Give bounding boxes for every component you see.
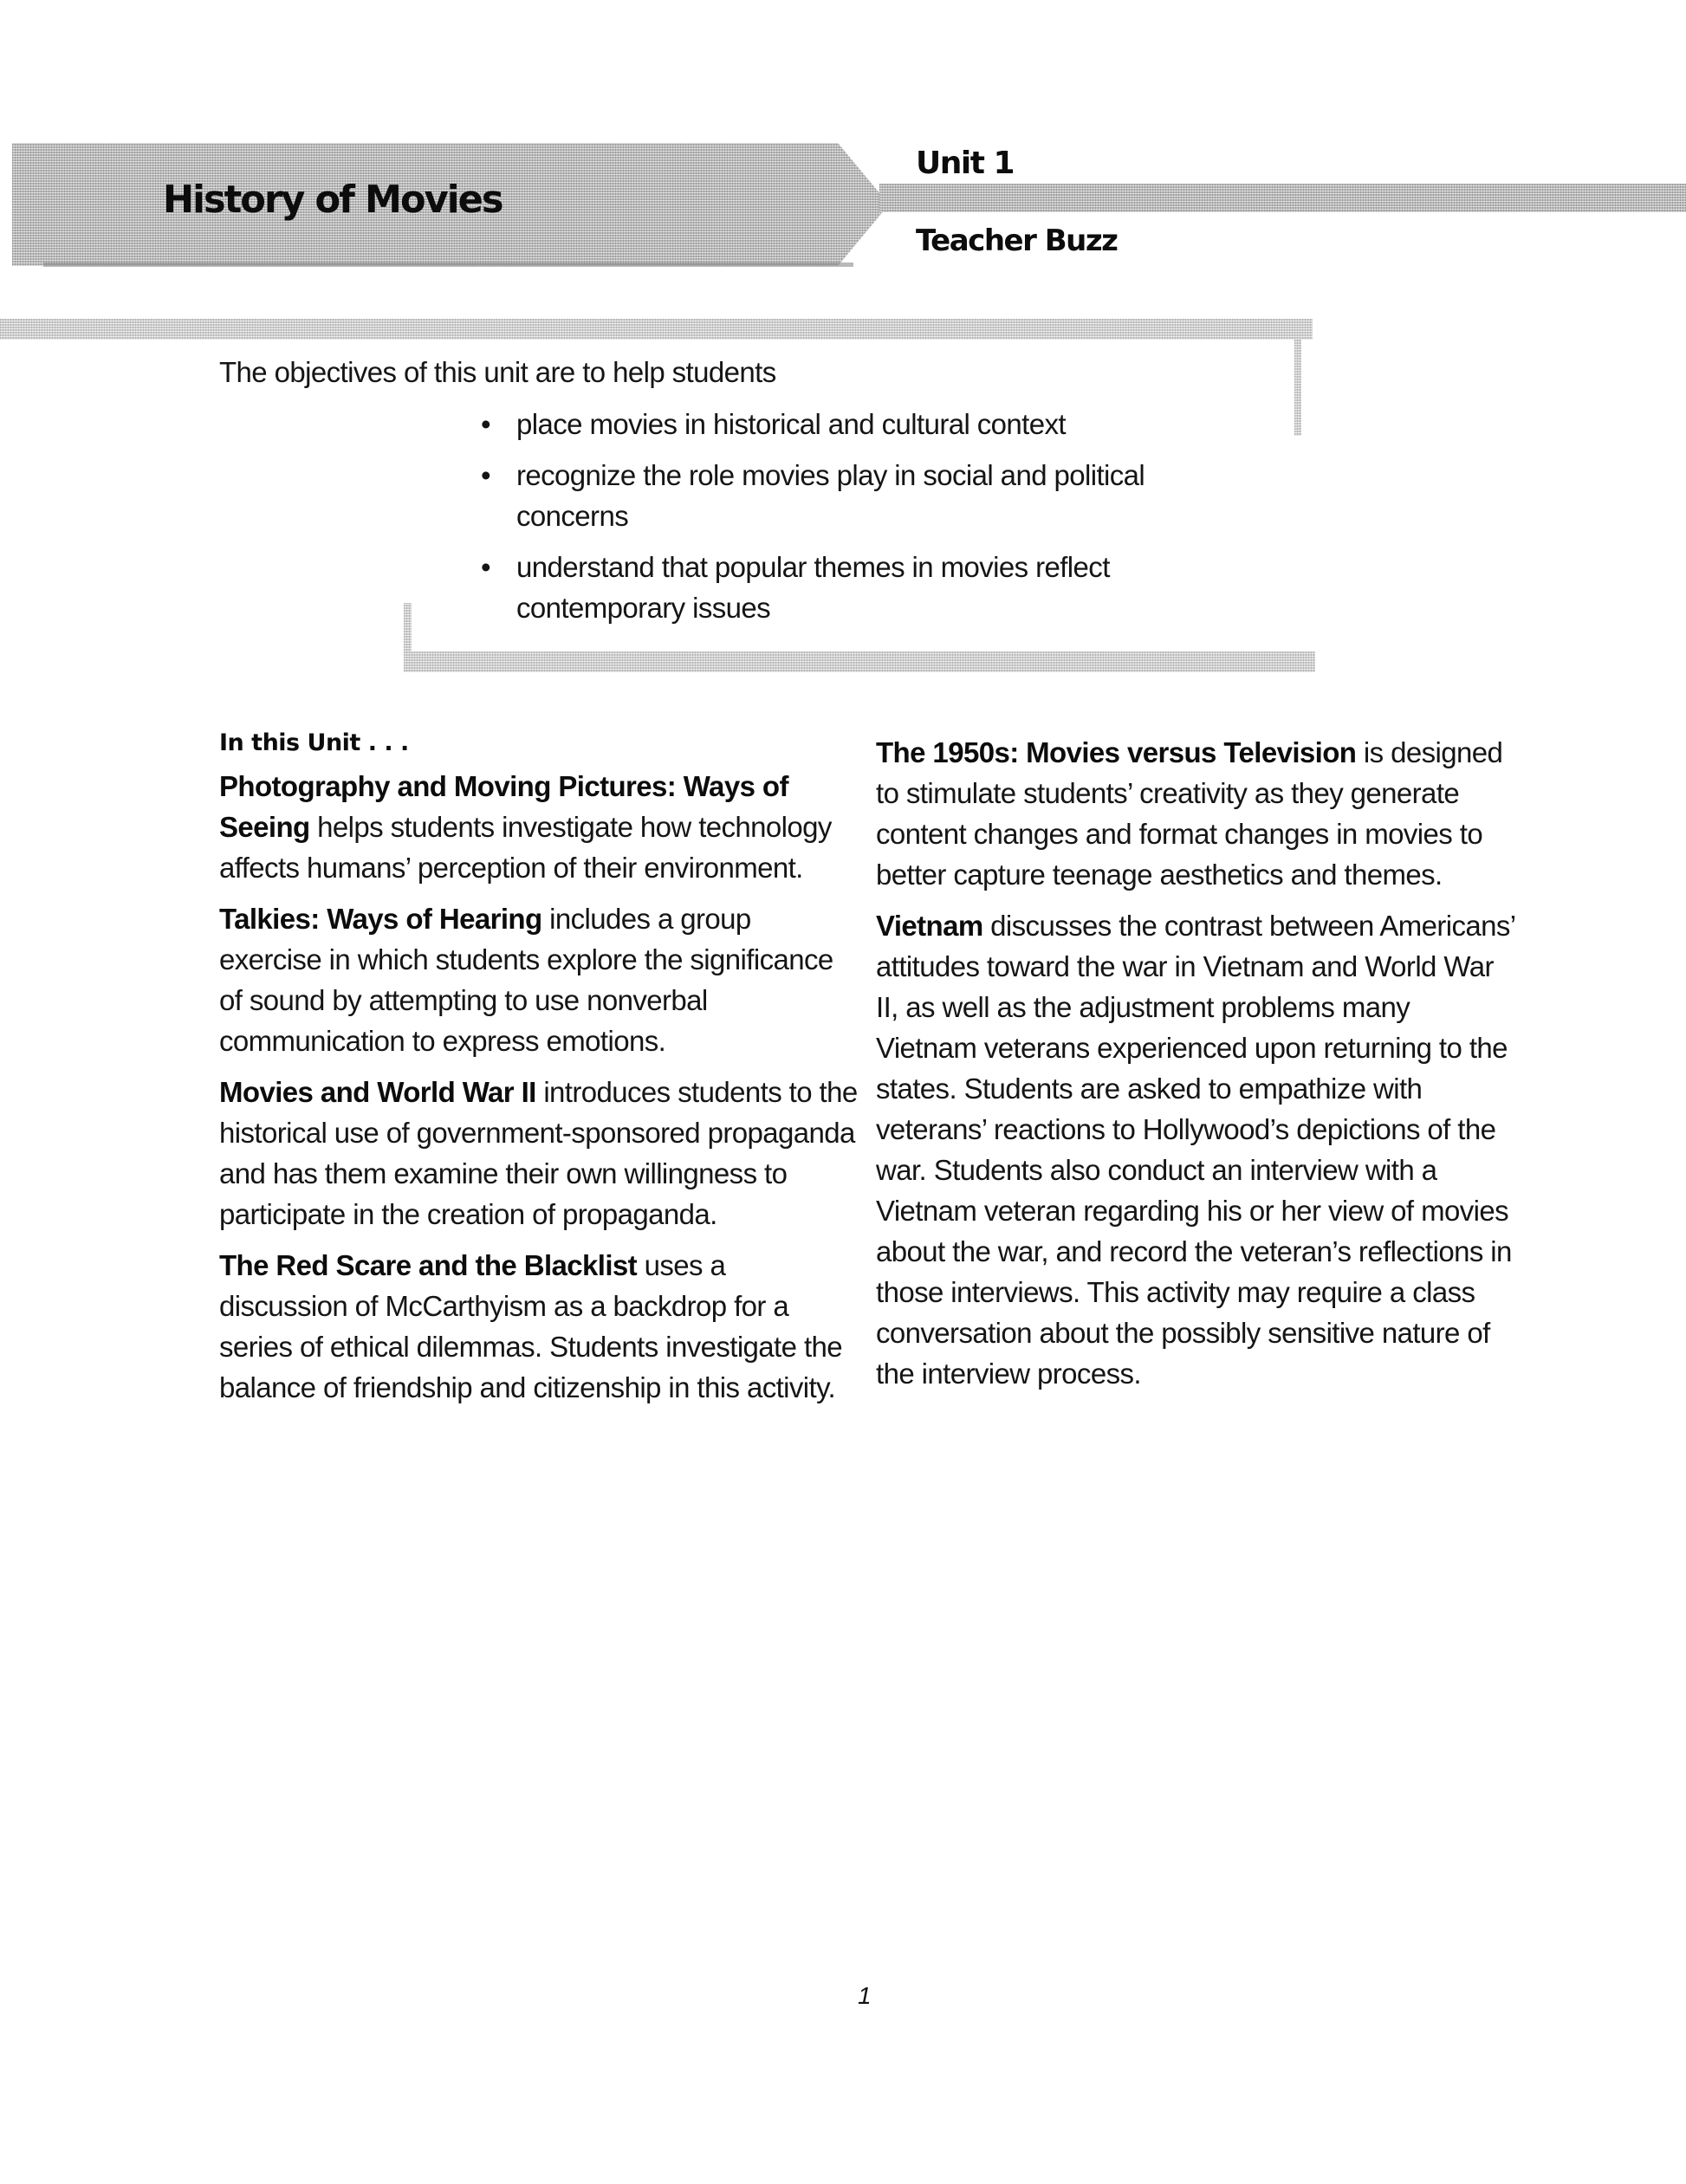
lesson-title: The 1950s: Movies versus Television	[876, 736, 1356, 768]
page-title: History of Movies	[163, 178, 503, 222]
objective-item: • understand that popular themes in movi…	[481, 547, 1226, 628]
lesson-entry: Vietnam discusses the contrast between A…	[876, 905, 1517, 1394]
unit-overview-left-column: In this Unit . . . Photography and Movin…	[219, 726, 860, 1418]
lesson-title: Movies and World War II	[219, 1076, 536, 1108]
objective-item: • place movies in historical and cultura…	[481, 404, 1226, 444]
header-divider-band	[879, 184, 1686, 212]
lesson-entry: Movies and World War II introduces stude…	[219, 1072, 860, 1235]
lesson-title: Vietnam	[876, 910, 983, 942]
objective-text: understand that popular themes in movies…	[516, 551, 1110, 624]
unit-label: Unit 1	[916, 146, 1014, 181]
objective-item: • recognize the role movies play in soci…	[481, 455, 1226, 536]
lesson-description: helps students investigate how technolog…	[219, 811, 832, 884]
lesson-description: discusses the contrast between Americans…	[876, 910, 1514, 1390]
lesson-entry: The Red Scare and the Blacklist uses a d…	[219, 1245, 860, 1408]
lesson-entry: The 1950s: Movies versus Television is d…	[876, 732, 1517, 895]
section-label: Teacher Buzz	[916, 224, 1117, 258]
objectives-list: • place movies in historical and cultura…	[481, 404, 1226, 638]
page-number: 1	[858, 1982, 872, 2010]
bullet-icon: •	[481, 404, 490, 444]
lesson-entry: Talkies: Ways of Hearing includes a grou…	[219, 898, 860, 1061]
objective-text: place movies in historical and cultural …	[516, 408, 1066, 440]
lesson-title: The Red Scare and the Blacklist	[219, 1249, 637, 1281]
lesson-entry: Photography and Moving Pictures: Ways of…	[219, 766, 860, 888]
objectives-top-bracket	[0, 319, 1313, 340]
lesson-title: Talkies: Ways of Hearing	[219, 903, 542, 935]
unit-overview-right-column: The 1950s: Movies versus Television is d…	[876, 732, 1517, 1404]
bullet-icon: •	[481, 455, 490, 496]
objectives-right-bracket	[1294, 319, 1301, 436]
in-this-unit-heading: In this Unit . . .	[219, 726, 860, 761]
bullet-icon: •	[481, 547, 490, 587]
objectives-intro: The objectives of this unit are to help …	[219, 352, 776, 392]
title-banner-shadow	[43, 262, 853, 267]
objectives-bottom-bracket	[404, 651, 1315, 672]
objective-text: recognize the role movies play in social…	[516, 459, 1145, 532]
